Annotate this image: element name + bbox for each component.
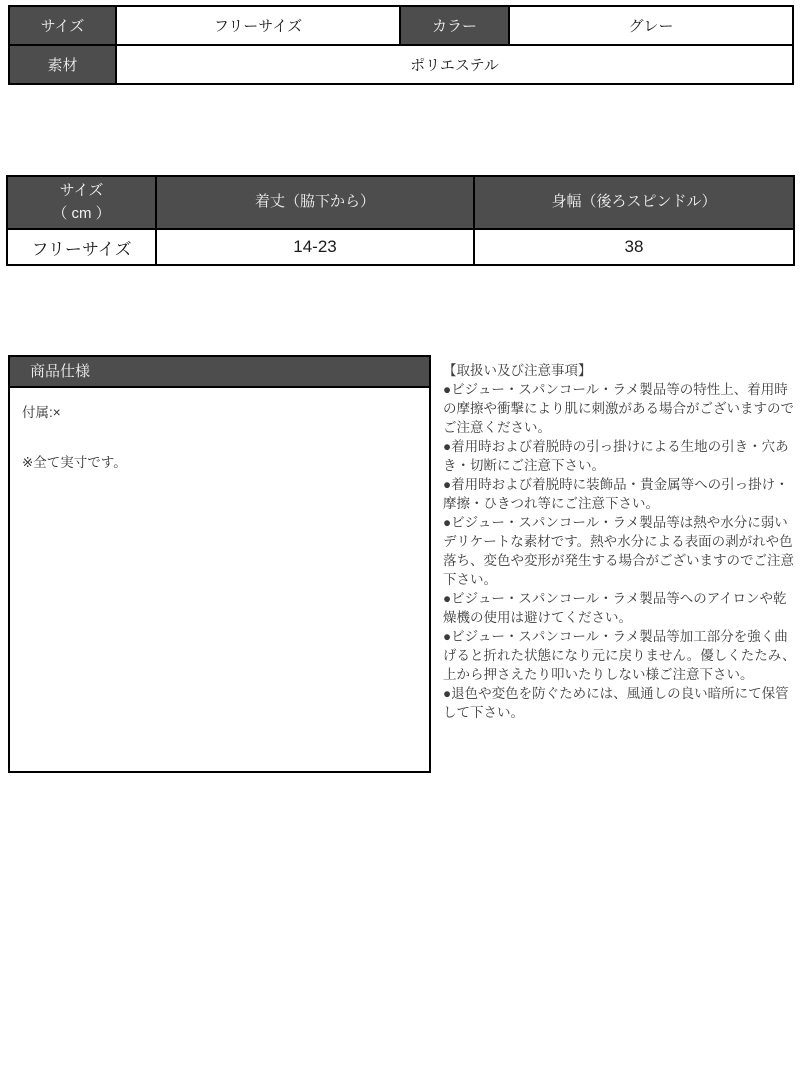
actual-measurement-note: ※全て実寸です。 — [22, 451, 417, 471]
product-details-box: 商品仕様 付属:× ※全て実寸です。 — [8, 355, 431, 773]
accessories-note: 付属:× — [22, 401, 417, 421]
material-value-cell: ポリエステル — [116, 45, 793, 84]
product-spec-page: サイズ フリーサイズ カラー グレー 素材 ポリエステル サイズ （ cm ） … — [0, 0, 800, 1067]
handling-note-item: ●ビジュー・スパンコール・ラメ製品等は熱や水分に弱いデリケートな素材です。熱や水… — [443, 513, 796, 589]
color-label-cell: カラー — [400, 6, 509, 45]
measurement-header-size-line1: サイズ — [9, 180, 154, 203]
measurement-table: サイズ （ cm ） 着丈（脇下から） 身幅（後ろスピンドル） フリーサイズ 1… — [6, 175, 795, 266]
product-details-body: 付属:× ※全て実寸です。 — [10, 388, 429, 484]
measurement-header-width: 身幅（後ろスピンドル） — [474, 176, 794, 229]
product-spec-table: サイズ フリーサイズ カラー グレー 素材 ポリエステル — [8, 5, 794, 85]
measurement-header-size: サイズ （ cm ） — [7, 176, 156, 229]
handling-note-item: ●ビジュー・スパンコール・ラメ製品等加工部分を強く曲げると折れた状態になり元に戻… — [443, 627, 796, 684]
measurement-header-size-line2: （ cm ） — [9, 203, 154, 226]
table-row: 素材 ポリエステル — [9, 45, 793, 84]
handling-note-item: ●着用時および着脱時に装飾品・貴金属等への引っ掛け・摩擦・ひきつれ等にご注意下さ… — [443, 475, 796, 513]
size-label-cell: サイズ — [9, 6, 116, 45]
product-details-title: 商品仕様 — [10, 357, 429, 388]
material-label-cell: 素材 — [9, 45, 116, 84]
measurement-header-length: 着丈（脇下から） — [156, 176, 474, 229]
table-row: フリーサイズ 14-23 38 — [7, 229, 794, 265]
size-value-cell: フリーサイズ — [116, 6, 400, 45]
color-value-cell: グレー — [509, 6, 793, 45]
handling-notes-title: 【取扱い及び注意事項】 — [443, 361, 796, 380]
table-header-row: サイズ （ cm ） 着丈（脇下から） 身幅（後ろスピンドル） — [7, 176, 794, 229]
handling-note-item: ●着用時および着脱時の引っ掛けによる生地の引き・穴あき・切断にご注意下さい。 — [443, 437, 796, 475]
handling-note-item: ●ビジュー・スパンコール・ラメ製品等へのアイロンや乾燥機の使用は避けてください。 — [443, 589, 796, 627]
handling-note-item: ●ビジュー・スパンコール・ラメ製品等の特性上、着用時の摩擦や衝撃により肌に刺激が… — [443, 380, 796, 437]
measurement-length-value: 14-23 — [156, 229, 474, 265]
handling-notes: 【取扱い及び注意事項】 ●ビジュー・スパンコール・ラメ製品等の特性上、着用時の摩… — [443, 361, 796, 722]
measurement-size-value: フリーサイズ — [7, 229, 156, 265]
measurement-width-value: 38 — [474, 229, 794, 265]
handling-note-item: ●退色や変色を防ぐためには、風通しの良い暗所にて保管して下さい。 — [443, 684, 796, 722]
table-row: サイズ フリーサイズ カラー グレー — [9, 6, 793, 45]
